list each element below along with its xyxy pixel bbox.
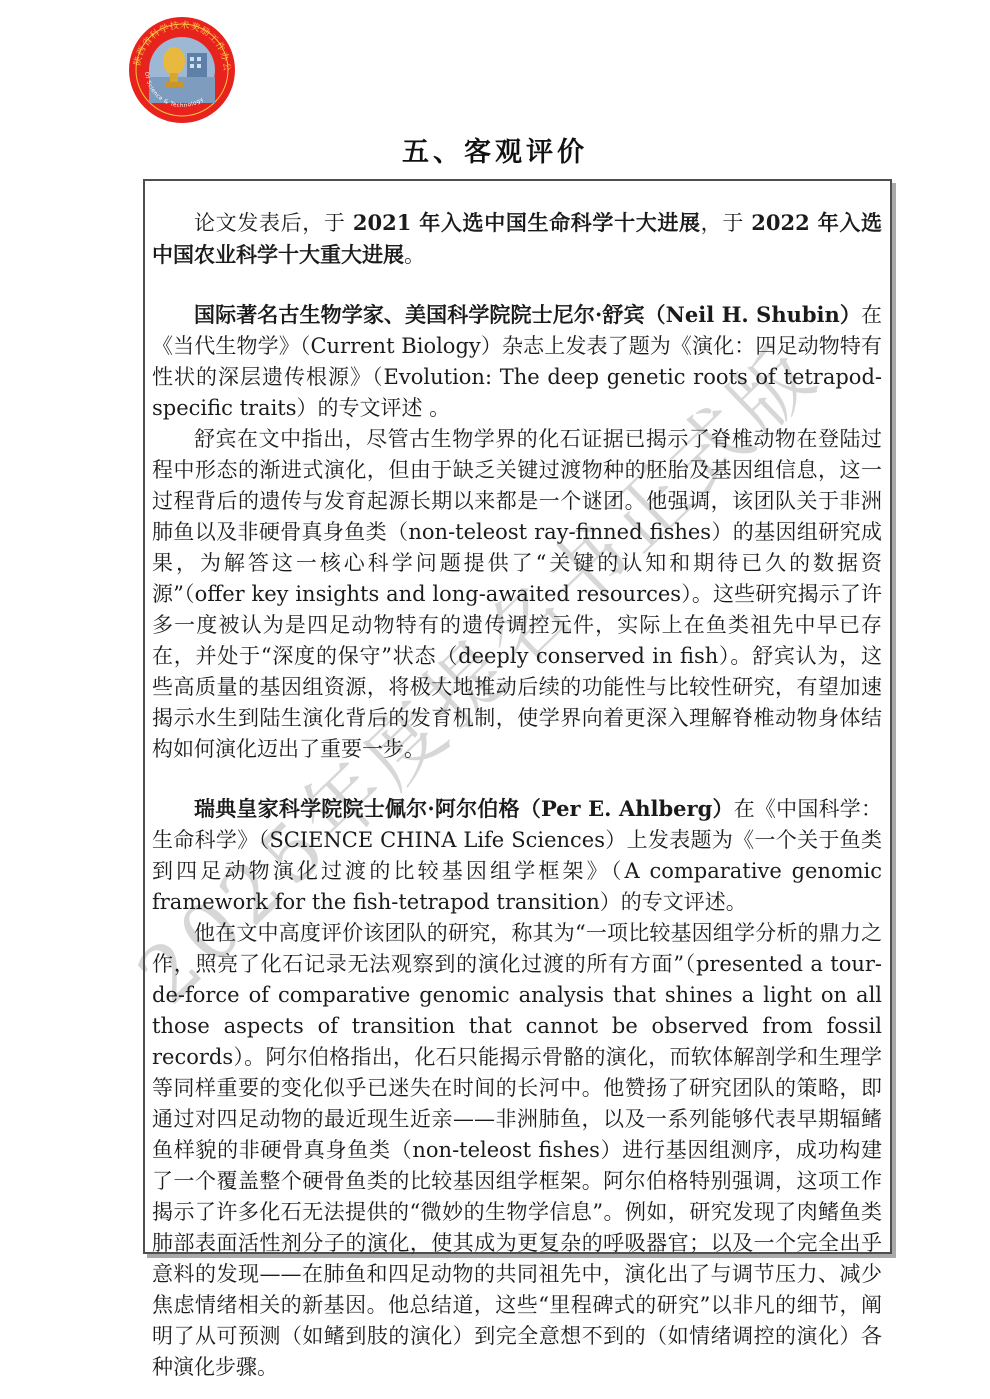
award-office-seal: 陕西省科学技术奖励工作办公室 Of Science & Technology [127,15,237,125]
page-title: 五、客观评价 [0,130,990,169]
seal-building-window [197,57,201,61]
paragraph: 瑞典皇家科学院院士佩尔·阿尔伯格（Per E. Ahlberg）在《中国科学：生… [152,793,882,918]
paragraph: 舒宾在文中指出，尽管古生物学界的化石证据已揭示了脊椎动物在登陆过程中形态的渐进式… [152,424,882,765]
seal-building-window [190,64,194,68]
document-body: 论文发表后，于 2021 年入选中国生命科学十大进展，于 2022 年入选中国农… [152,207,882,1383]
paragraph: 他在文中高度评价该团队的研究，称其为“一项比较基因组学分析的鼎力之作，照亮了化石… [152,918,882,1383]
text-run: 舒宾在文中指出，尽管古生物学界的化石证据已揭示了脊椎动物在登陆过程中形态的渐进式… [152,427,882,761]
document-page: 2025年度提名书正式版 陕西省科学技术奖励工作办公室 Of Science &… [0,0,990,1399]
seal-trophy-base [165,82,183,87]
evaluation-box: 论文发表后，于 2021 年入选中国生命科学十大进展，于 2022 年入选中国农… [143,179,892,1254]
text-run: 他在文中高度评价该团队的研究，称其为“一项比较基因组学分析的鼎力之作，照亮了化石… [152,921,882,1379]
seal-building-window [197,64,201,68]
bold-text-run: 瑞典皇家科学院院士佩尔·阿尔伯格（Per E. Ahlberg） [194,796,734,821]
seal-trophy-cup [163,47,185,75]
bold-text-run: 2021 年入选中国生命科学十大进展 [353,210,701,235]
text-run: ，于 [701,211,752,235]
paragraph: 国际著名古生物学家、美国科学院院士尼尔·舒宾（Neil H. Shubin）在《… [152,299,882,424]
seal-trophy-stem [170,73,178,82]
text-run: 。 [404,243,425,267]
text-run: 论文发表后，于 [194,211,353,235]
paragraph: 论文发表后，于 2021 年入选中国生命科学十大进展，于 2022 年入选中国农… [152,207,882,271]
seal-building-window [190,57,194,61]
bold-text-run: 国际著名古生物学家、美国科学院院士尼尔·舒宾（Neil H. Shubin） [194,302,861,327]
